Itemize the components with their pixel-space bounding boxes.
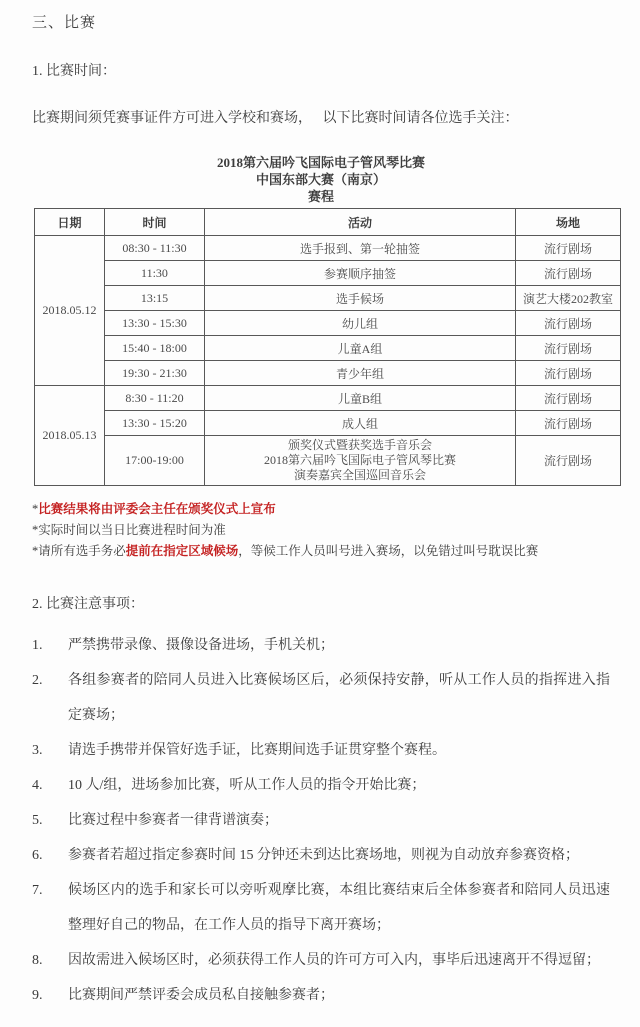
table-row: 13:15 选手候场 演艺大楼202教室 <box>35 286 621 311</box>
time-cell: 17:00-19:00 <box>105 436 205 486</box>
table-row: 13:30 - 15:30 幼儿组 流行剧场 <box>35 311 621 336</box>
note-result-red-text: 比赛结果将由评委会主任在颁奖仪式上宣布 <box>38 502 276 516</box>
header-activity: 活动 <box>205 209 516 236</box>
table-row: 11:30 参赛顺序抽签 流行剧场 <box>35 261 621 286</box>
note-waiting-area: *请所有选手务必提前在指定区域候场，等候工作人员叫号进入赛场，以免错过叫号耽误比… <box>32 541 610 562</box>
rules-list: 1. 严禁携带录像、摄像设备进场，手机关机； 2. 各组参赛者的陪同人员进入比赛… <box>32 628 610 1013</box>
table-row: 15:40 - 18:00 儿童A组 流行剧场 <box>35 336 621 361</box>
list-item: 2. 各组参赛者的陪同人员进入比赛候场区后，必须保持安静，听从工作人员的指挥进入… <box>32 663 610 733</box>
date-cell-day1: 2018.05.12 <box>35 236 105 386</box>
schedule-title-line1: 2018第六届吟飞国际电子管风琴比赛 <box>32 154 610 171</box>
rule-text: 请选手携带并保管好选手证，比赛期间选手证贯穿整个赛程。 <box>68 733 610 768</box>
rule-text: 严禁携带录像、摄像设备进场，手机关机； <box>68 628 610 663</box>
rule-number: 6. <box>32 838 68 873</box>
note-waiting-red-text: 提前在指定区域候场 <box>126 544 239 558</box>
table-header-row: 日期 时间 活动 场地 <box>35 209 621 236</box>
list-item: 9. 比赛期间严禁评委会成员私自接触参赛者； <box>32 978 610 1013</box>
time-cell: 15:40 - 18:00 <box>105 336 205 361</box>
list-item: 8. 因故需进入候场区时，必须获得工作人员的许可方可入内，事毕后迅速离开不得逗留… <box>32 943 610 978</box>
activity-line: 演奏嘉宾全国巡回音乐会 <box>207 468 513 483</box>
table-row: 2018.05.12 08:30 - 11:30 选手报到、第一轮抽签 流行剧场 <box>35 236 621 261</box>
rule-text: 候场区内的选手和家长可以旁听观摩比赛，本组比赛结束后全体参赛者和陪同人员迅速整理… <box>68 873 610 943</box>
venue-cell: 流行剧场 <box>516 436 621 486</box>
venue-cell: 流行剧场 <box>516 386 621 411</box>
table-row: 19:30 - 21:30 青少年组 流行剧场 <box>35 361 621 386</box>
header-date: 日期 <box>35 209 105 236</box>
rule-number: 4. <box>32 768 68 803</box>
venue-cell: 流行剧场 <box>516 236 621 261</box>
schedule-title: 2018第六届吟飞国际电子管风琴比赛 中国东部大赛（南京） 赛程 <box>32 154 610 205</box>
note-waiting-post: ，等候工作人员叫号进入赛场，以免错过叫号耽误比赛 <box>238 544 538 558</box>
list-item: 3. 请选手携带并保管好选手证，比赛期间选手证贯穿整个赛程。 <box>32 733 610 768</box>
activity-cell: 儿童B组 <box>205 386 516 411</box>
rule-number: 3. <box>32 733 68 768</box>
list-item: 1. 严禁携带录像、摄像设备进场，手机关机； <box>32 628 610 663</box>
date-cell-day2: 2018.05.13 <box>35 386 105 486</box>
list-item: 6. 参赛者若超过指定参赛时间 15 分钟还未到达比赛场地，则视为自动放弃参赛资… <box>32 838 610 873</box>
note-waiting-pre: *请所有选手务必 <box>32 544 126 558</box>
rule-text: 因故需进入候场区时，必须获得工作人员的许可方可入内，事毕后迅速离开不得逗留； <box>68 943 610 978</box>
table-row: 13:30 - 15:20 成人组 流行剧场 <box>35 411 621 436</box>
header-venue: 场地 <box>516 209 621 236</box>
list-item: 7. 候场区内的选手和家长可以旁听观摩比赛，本组比赛结束后全体参赛者和陪同人员迅… <box>32 873 610 943</box>
activity-line: 2018第六届吟飞国际电子管风琴比赛 <box>207 453 513 468</box>
intro-paragraph: 比赛期间须凭赛事证件方可进入学校和赛场， 以下比赛时间请各位选手关注： <box>32 109 610 128</box>
table-row: 17:00-19:00 颁奖仪式暨获奖选手音乐会 2018第六届吟飞国际电子管风… <box>35 436 621 486</box>
activity-cell: 参赛顺序抽签 <box>205 261 516 286</box>
venue-cell: 流行剧场 <box>516 361 621 386</box>
subsection-2-heading: 2. 比赛注意事项： <box>32 595 610 614</box>
activity-cell-multiline: 颁奖仪式暨获奖选手音乐会 2018第六届吟飞国际电子管风琴比赛 演奏嘉宾全国巡回… <box>205 436 516 486</box>
table-row: 2018.05.13 8:30 - 11:20 儿童B组 流行剧场 <box>35 386 621 411</box>
note-result-announcement: *比赛结果将由评委会主任在颁奖仪式上宣布 <box>32 499 610 520</box>
rule-text: 比赛过程中参赛者一律背谱演奏； <box>68 803 610 838</box>
time-cell: 19:30 - 21:30 <box>105 361 205 386</box>
time-cell: 13:30 - 15:20 <box>105 411 205 436</box>
rule-text: 参赛者若超过指定参赛时间 15 分钟还未到达比赛场地，则视为自动放弃参赛资格； <box>68 838 610 873</box>
venue-cell: 流行剧场 <box>516 411 621 436</box>
document-page: 三、比赛 1. 比赛时间： 比赛期间须凭赛事证件方可进入学校和赛场， 以下比赛时… <box>0 0 640 1013</box>
rule-number: 8. <box>32 943 68 978</box>
rule-number: 2. <box>32 663 68 733</box>
schedule-table: 日期 时间 活动 场地 2018.05.12 08:30 - 11:30 选手报… <box>34 208 621 486</box>
rule-number: 9. <box>32 978 68 1013</box>
schedule-title-line3: 赛程 <box>32 188 610 205</box>
subsection-1-heading: 1. 比赛时间： <box>32 62 610 81</box>
rule-text: 各组参赛者的陪同人员进入比赛候场区后，必须保持安静，听从工作人员的指挥进入指定赛… <box>68 663 610 733</box>
time-cell: 13:15 <box>105 286 205 311</box>
time-cell: 08:30 - 11:30 <box>105 236 205 261</box>
activity-cell: 选手报到、第一轮抽签 <box>205 236 516 261</box>
list-item: 4. 10 人/组，进场参加比赛，听从工作人员的指令开始比赛； <box>32 768 610 803</box>
schedule-title-line2: 中国东部大赛（南京） <box>32 171 610 188</box>
activity-cell: 青少年组 <box>205 361 516 386</box>
venue-cell: 流行剧场 <box>516 261 621 286</box>
activity-line: 颁奖仪式暨获奖选手音乐会 <box>207 438 513 453</box>
time-cell: 13:30 - 15:30 <box>105 311 205 336</box>
venue-cell: 流行剧场 <box>516 336 621 361</box>
activity-cell: 选手候场 <box>205 286 516 311</box>
rule-number: 5. <box>32 803 68 838</box>
time-cell: 11:30 <box>105 261 205 286</box>
venue-cell: 演艺大楼202教室 <box>516 286 621 311</box>
rule-text: 比赛期间严禁评委会成员私自接触参赛者； <box>68 978 610 1013</box>
section-title: 三、比赛 <box>32 13 610 33</box>
list-item: 5. 比赛过程中参赛者一律背谱演奏； <box>32 803 610 838</box>
activity-cell: 儿童A组 <box>205 336 516 361</box>
activity-cell: 成人组 <box>205 411 516 436</box>
rule-text: 10 人/组，进场参加比赛，听从工作人员的指令开始比赛； <box>68 768 610 803</box>
note-actual-time: *实际时间以当日比赛进程时间为准 <box>32 520 610 541</box>
time-cell: 8:30 - 11:20 <box>105 386 205 411</box>
activity-cell: 幼儿组 <box>205 311 516 336</box>
rule-number: 1. <box>32 628 68 663</box>
notes-block: *比赛结果将由评委会主任在颁奖仪式上宣布 *实际时间以当日比赛进程时间为准 *请… <box>32 499 610 562</box>
header-time: 时间 <box>105 209 205 236</box>
rule-number: 7. <box>32 873 68 943</box>
venue-cell: 流行剧场 <box>516 311 621 336</box>
